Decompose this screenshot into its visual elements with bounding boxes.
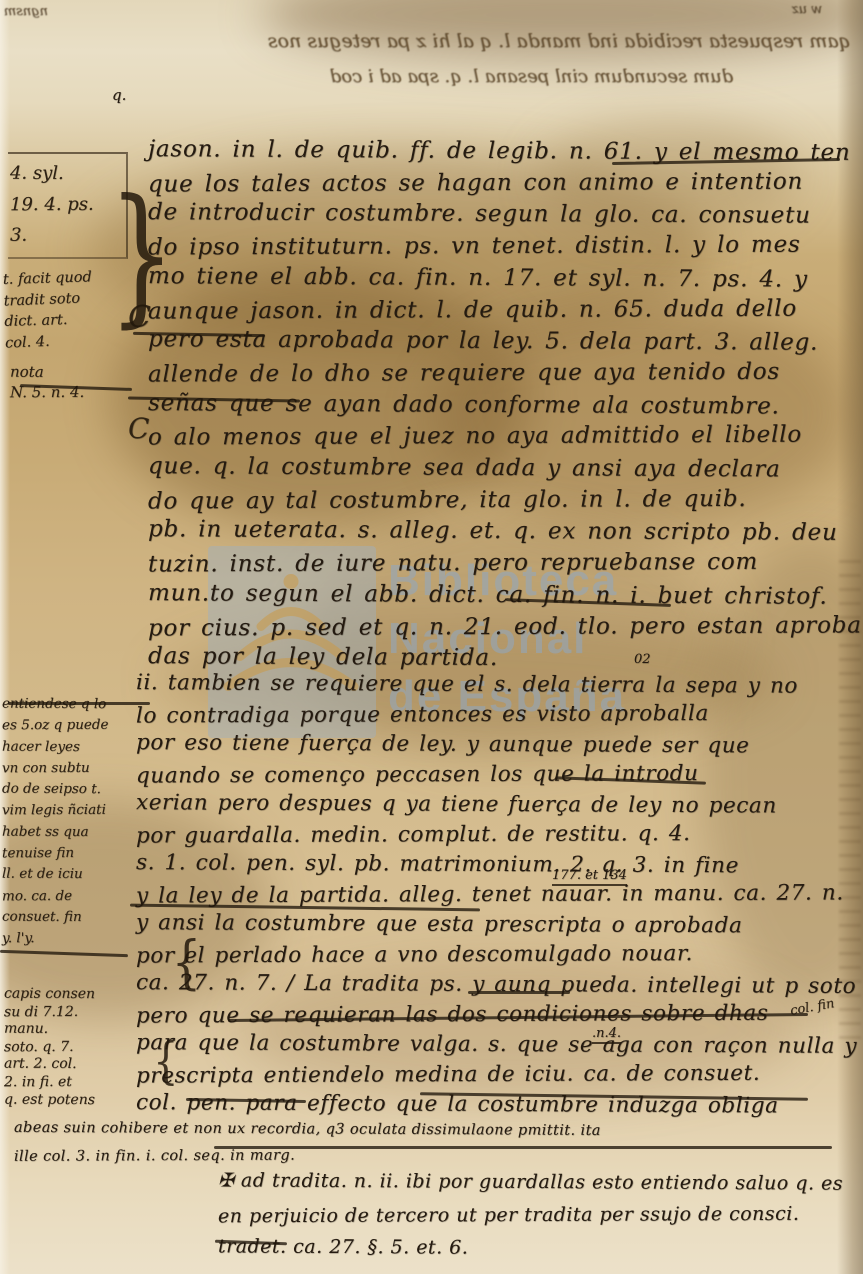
margin-rule-stroke (0, 950, 128, 957)
manuscript-line: que. q. la costumbre sea dada y ansi aya… (148, 451, 848, 486)
paragraph-mark: C (128, 300, 151, 335)
margin-note-line: hacer leyes (2, 736, 152, 758)
marginal-mark: q. (112, 86, 126, 104)
margin-note-line: habet ss qua (2, 821, 152, 843)
margin-note-line: soto. q. 7. (4, 1038, 144, 1056)
manuscript-line: señas que se ayan dado conforme ala cost… (148, 388, 848, 423)
manuscript-line: do ipso instituturn. ps. vn tenet. disti… (148, 230, 848, 265)
interlinear-note: .n.4. (592, 1026, 621, 1044)
manuscript-line: tuzin. inst. de iure natu. pero reprueba… (148, 547, 848, 582)
manuscript-line: pero esta aprobada por la ley. 5. dela p… (148, 324, 848, 359)
margin-note-line: manu. (4, 1021, 144, 1039)
manuscript-line: ca. 27. n. 7. / La tradita ps. y aunq pu… (136, 968, 848, 1002)
margin-note-line: 4. syl. (10, 158, 122, 190)
scribal-brace: { (153, 1032, 178, 1090)
manuscript-line: ✠ ad tradita. n. ii. ibi por guardallas … (218, 1164, 838, 1200)
margin-note-line: 3. (10, 220, 122, 252)
margin-note-line: q. est potens (4, 1091, 144, 1109)
manuscript-line: allende de lo dho se requiere que aya te… (148, 356, 848, 391)
manuscript-line: s. 1. col. pen. syl. pb. matrimonium. 2.… (136, 848, 848, 882)
manuscript-line: por cius. p. sed et q. n. 21. eod. tlo. … (148, 610, 848, 645)
manuscript-line: que los tales actos se hagan con animo e… (148, 166, 848, 201)
margin-note-line: capis consen (4, 986, 144, 1004)
interlinear-note: 177. et 134 (552, 868, 627, 886)
margin-note-column-lower: capis consensu di 7.12.manu.soto. q. 7.a… (4, 986, 144, 1109)
manuscript-line: do que ay tal costumbre, ita glo. in l. … (148, 483, 848, 518)
underline-stroke (214, 1146, 832, 1149)
manuscript-line: por guardalla. medin. complut. de restit… (136, 818, 848, 851)
manuscript-line: prescripta entiendelo medina de iciu. ca… (136, 1058, 848, 1091)
bleedthrough-fragment: ngnsm (4, 4, 48, 19)
manuscript-line: para que la costumbre valga. s. que se a… (136, 1028, 848, 1062)
underline-stroke (468, 991, 570, 994)
manuscript-line: lo contradiga porque entonces es visto a… (136, 698, 848, 731)
manuscript-line: de introducir costumbre. segun la glo. c… (148, 198, 848, 233)
manuscript-line: mo tiene el abb. ca. fin. n. 17. et syl.… (148, 261, 848, 296)
manuscript-line: jason. in l. de quib. ff. de legib. n. 6… (148, 134, 848, 169)
body-text-block-1: jason. in l. de quib. ff. de legib. n. 6… (148, 136, 848, 675)
body-text-block-3-small-script: abeas suin cohibere et non ux recordia, … (14, 1118, 844, 1168)
manuscript-line: mun.to segun el abb. dict. ca. fin. n. i… (148, 578, 848, 613)
margin-note-line: su di 7.12. (4, 1003, 144, 1021)
margin-note-column-mid: entiendese q loes 5.oz q puedehacer leye… (2, 694, 152, 950)
body-text-block-2: ii. tambien se requiere que el s. dela t… (136, 670, 848, 1120)
bleedthrough-fragment: w uz (792, 2, 822, 17)
margin-note-line: tenuise fin (2, 843, 152, 865)
body-text-block-3-indented: ✠ ad tradita. n. ii. ibi por guardallas … (218, 1166, 838, 1265)
margin-note-line: do de seipso t. (2, 779, 152, 801)
manuscript-line: pb. in ueterata. s. alleg. et. q. ex non… (148, 515, 848, 550)
manuscript-line: por eso tiene fuerça de ley. y aunque pu… (136, 728, 848, 762)
margin-note-nota: notaN. 5. n. 4. (10, 362, 130, 402)
manuscript-page: qam respuesta recibida ind manda l. q al… (0, 0, 863, 1274)
paragraph-mark: C (128, 412, 149, 445)
margin-note-line: es 5.oz q puede (2, 715, 152, 737)
underline-stroke (8, 702, 150, 705)
margin-note-line: entiendese q lo (2, 694, 152, 716)
manuscript-line: por el perlado hace a vno descomulgado n… (136, 938, 848, 971)
bleedthrough-line: dum secundum cinl pesana l. q. spa ad i … (330, 66, 733, 87)
margin-note-line: y. l'y. (2, 928, 152, 950)
manuscript-line: aunque jason. in dict. l. de quib. n. 65… (148, 293, 848, 328)
manuscript-line: tradet. ca. 27. §. 5. et. 6. (218, 1230, 838, 1266)
margin-note-line: nota (10, 362, 130, 383)
margin-note-line: ll. et de iciu (2, 864, 152, 886)
margin-note-line: 19. 4. ps. (10, 189, 122, 220)
manuscript-line: ii. tambien se requiere que el s. dela t… (136, 668, 848, 702)
margin-note-line: art. 2. col. (4, 1056, 144, 1074)
margin-note-line: consuet. fin (2, 907, 152, 929)
manuscript-line: xerian pero despues q ya tiene fuerça de… (136, 788, 848, 822)
manuscript-line: y ansi la costumbre que esta prescripta … (136, 908, 848, 942)
margin-note-line: 2. in fi. et (4, 1074, 144, 1092)
bleedthrough-line: qam respuesta recibida ind manda l. q al… (268, 30, 851, 52)
interlinear-note: 02 (634, 652, 651, 667)
margin-note-line: vn con subtu (2, 758, 152, 780)
manuscript-line: quando se començo peccasen los que la in… (136, 758, 848, 791)
manuscript-line: en perjuicio de tercero ut per tradita p… (218, 1198, 838, 1234)
scribal-brace: { (172, 928, 202, 996)
manuscript-line: o alo menos que el juez no aya admittido… (148, 420, 848, 455)
margin-note-line: vim legis ñciati (2, 800, 152, 822)
